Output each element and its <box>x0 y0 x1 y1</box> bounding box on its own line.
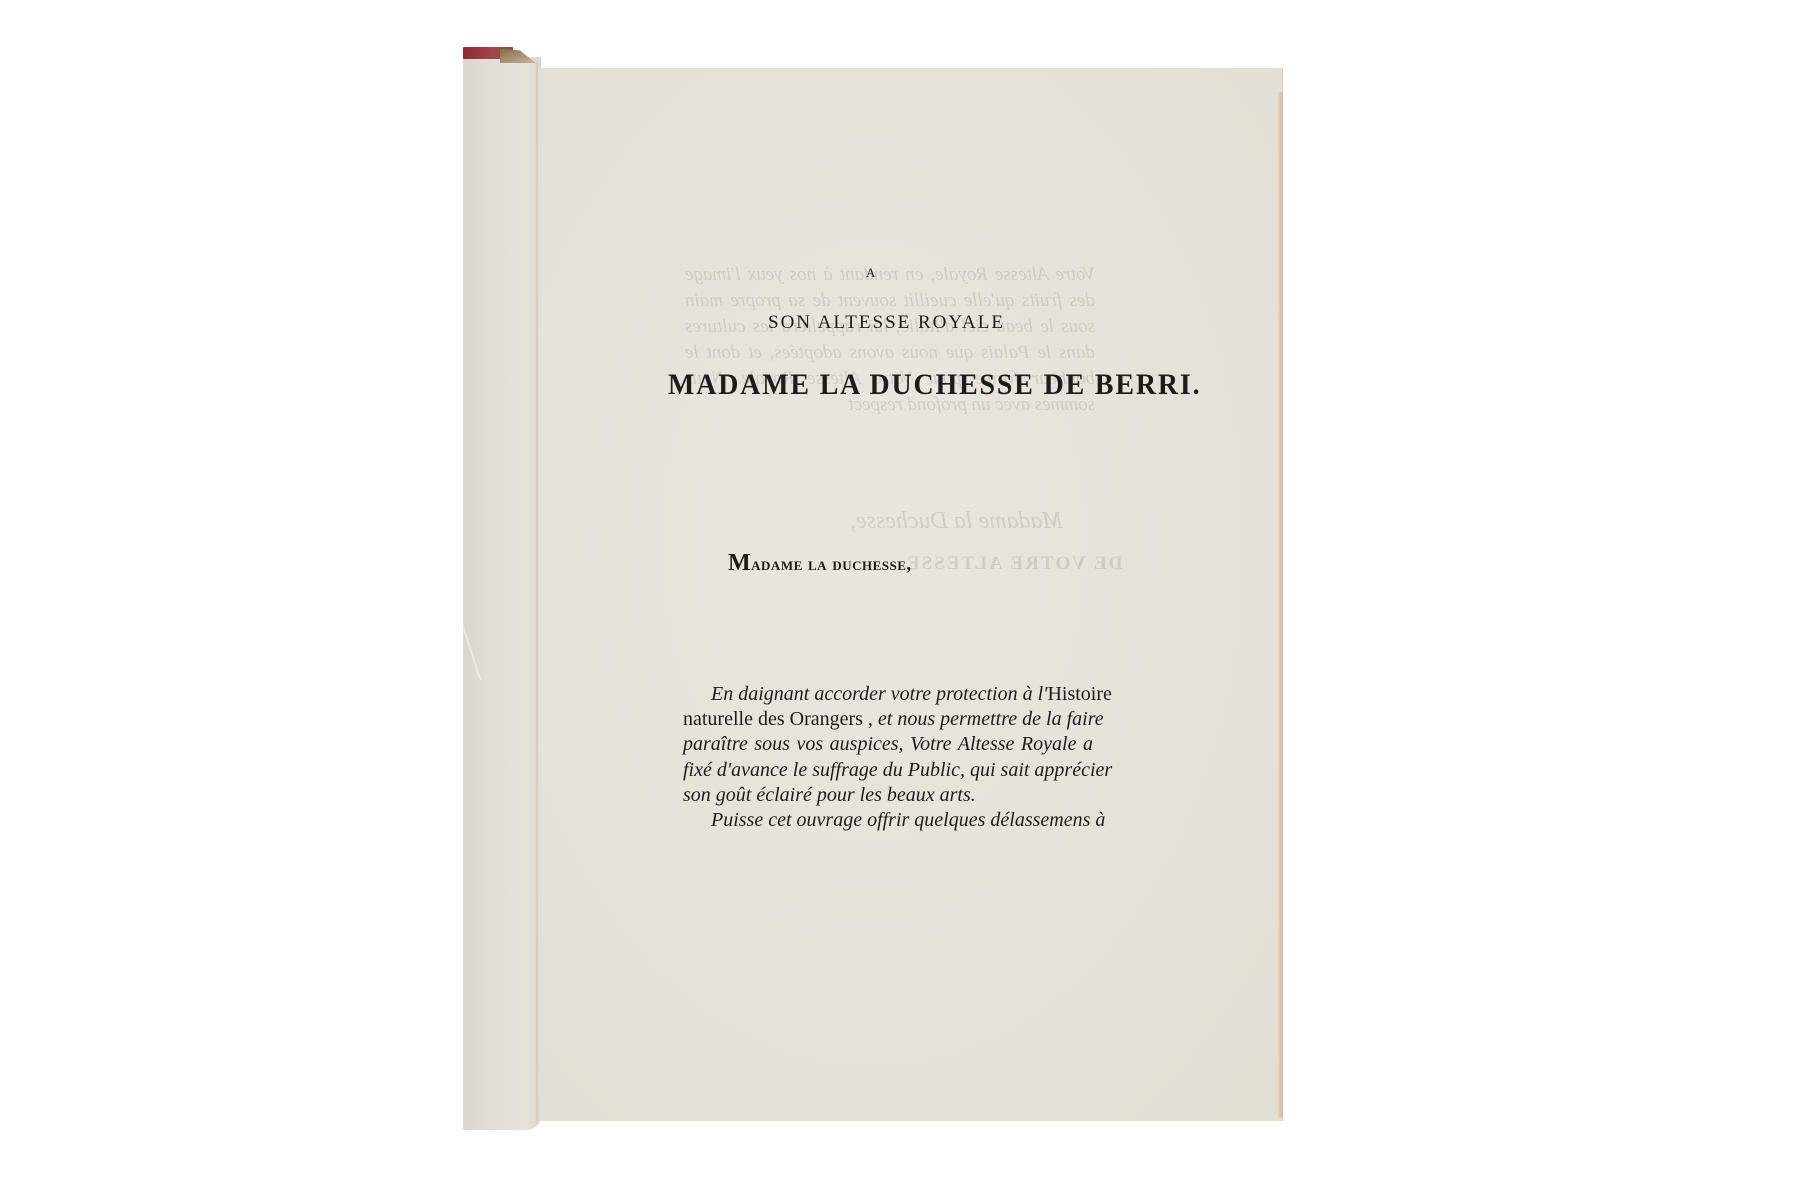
bleed-through-salutation: Madame la Duchesse, <box>850 508 1063 535</box>
italic-run: l' <box>1038 683 1048 705</box>
book-page <box>538 68 1282 1121</box>
italic-run: Puisse cet ouvrage offrir quelques délas… <box>711 809 1105 831</box>
italic-run: paraître sous vos auspices, Votre Altess… <box>683 733 1093 755</box>
salutation: Madame la duchesse, <box>728 550 912 577</box>
facing-page-fold <box>463 57 541 1130</box>
book-photo: Votre Altesse Royale, en rendant à nos y… <box>0 0 1800 1200</box>
torn-spine-edge <box>500 49 536 63</box>
dedication-body: En daignant accorder votre protection à … <box>683 682 1093 833</box>
dedication-preposition: A <box>866 265 876 281</box>
roman-run: Histoire <box>1047 683 1111 705</box>
dedication-name: MADAME LA DUCHESSE DE BERRI. <box>668 368 1201 402</box>
body-line: naturelle des Orangers , et nous permett… <box>683 707 1093 732</box>
italic-run: et nous permettre de la faire <box>878 708 1104 730</box>
body-line: son goût éclairé pour les beaux arts. <box>683 783 1093 808</box>
salutation-initial: M <box>728 550 751 576</box>
body-line: fixé d'avance le suffrage du Public, qui… <box>683 758 1093 783</box>
body-line: paraître sous vos auspices, Votre Altess… <box>683 732 1093 757</box>
dedication-title: SON ALTESSE ROYALE <box>768 312 1005 334</box>
roman-run: naturelle des Orangers <box>683 708 863 730</box>
page-fore-edge <box>1278 92 1283 1118</box>
gutter-shadow <box>535 62 539 1122</box>
italic-run: son goût éclairé pour les beaux arts. <box>683 784 976 806</box>
italic-run: En daignant accorder votre protection à <box>711 683 1038 705</box>
body-line: En daignant accorder votre protection à … <box>683 682 1093 707</box>
italic-run: fixé d'avance le suffrage du Public, qui… <box>683 759 1112 781</box>
roman-run: , <box>863 708 878 730</box>
salutation-rest: adame la duchesse, <box>751 554 912 575</box>
body-line: Puisse cet ouvrage offrir quelques délas… <box>683 808 1093 833</box>
bleed-through-closing: DE VOTRE ALTESSE <box>905 553 1123 575</box>
